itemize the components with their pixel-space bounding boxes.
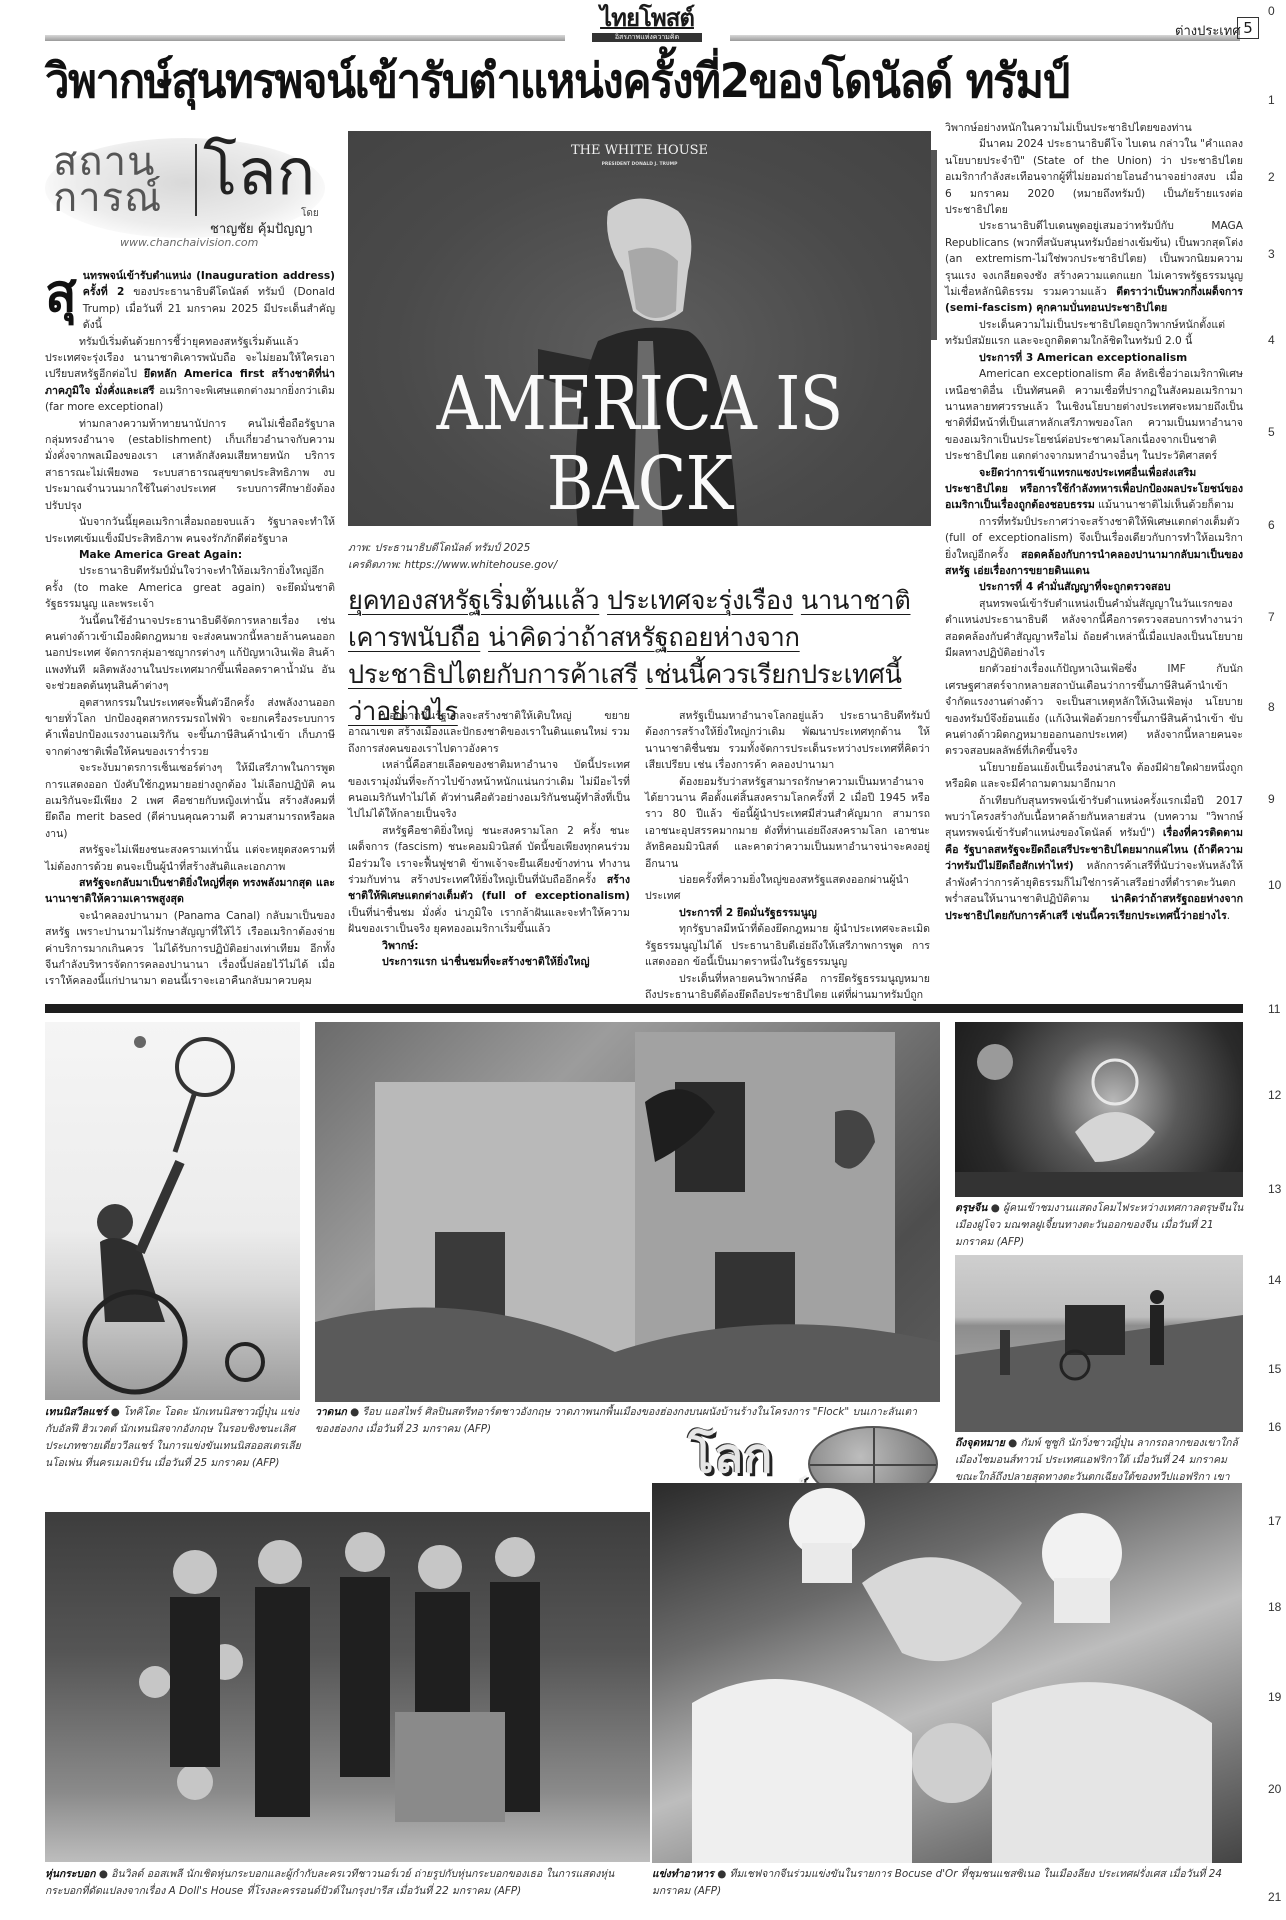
article-paragraph: จะยึดว่าการเข้าแทรกแซงประเทศอื่นเพื่อส่ง…: [945, 465, 1243, 514]
text: แม้นานาชาติไม่เห็นด้วยก็ตาม: [1095, 499, 1234, 511]
section-divider: [45, 1004, 1243, 1013]
ruler-mark: 1: [1268, 93, 1275, 107]
bullet-icon: ●: [99, 1868, 108, 1880]
ruler-mark: 17: [1268, 1514, 1281, 1528]
abandoned-house-icon: [315, 1022, 940, 1402]
article-lead: นทรพจน์เข้ารับตำแหน่ง (Inauguration addr…: [45, 268, 335, 334]
article-paragraph: ถ้าเทียบกับสุนทรพจน์เข้ารับตำแหน่งครั้งแ…: [945, 793, 1243, 924]
section-label: ต่างประเทศ: [1175, 20, 1241, 41]
ruler-mark: 12: [1268, 1088, 1281, 1102]
article-paragraph: ต้องยอมรับว่าสหรัฐสามารถรักษาความเป็นมหา…: [645, 774, 930, 872]
article-paragraph: จะระงับมาตรการเซ็นเซอร์ต่างๆ ให้มีเสรีภา…: [45, 760, 335, 842]
text: เป็นที่น่าชื่นชม มั่งคั่ง น่าภูมิใจ เราก…: [348, 907, 630, 935]
column-logo: สถาน การณ์ โลก โดย ชาญชัย คุ้มปัญญา www.…: [45, 130, 335, 260]
article-paragraph: นอกจากนั้นรัฐบาลจะสร้างชาติให้เติบใหญ่ ข…: [348, 708, 630, 757]
logo-text: ไทยโพสต์: [566, 4, 728, 32]
article-column-3: สหรัฐเป็นมหาอำนาจโลกอยู่แล้ว ประธานาธิบด…: [645, 708, 930, 1003]
subhead-phrase: ยุคทองสหรัฐเริ่มต้นแล้ว: [348, 586, 599, 616]
ruler-mark: 13: [1268, 1182, 1281, 1196]
article-paragraph: นโยบายย้อนแย้งเป็นเรื่องน่าสนใจ ต้องมีฝ่…: [945, 760, 1243, 793]
ruler-mark: 10: [1268, 878, 1281, 892]
article-paragraph: American exceptionalism คือ ลัทธิเชื่อว่…: [945, 366, 1243, 464]
column-logo-right: โลก: [203, 138, 315, 208]
photo-bird-mural: [315, 1022, 940, 1402]
photo-wheelchair-tennis: [45, 1022, 300, 1400]
article-paragraph: ประธานาธิบดีทรัมป์มั่นใจว่าจะทำให้อเมริก…: [45, 563, 335, 612]
bullet-icon: ●: [111, 1406, 120, 1418]
tennis-player-icon: [45, 1022, 300, 1400]
ruler-mark: 21: [1268, 1890, 1281, 1904]
article-paragraph: ท่ามกลางความท้าทายนานัปการ คนไม่เชื่อถือ…: [45, 416, 335, 514]
article-paragraph: วิพากษ์อย่างหนักในความไม่เป็นประชาธิปไตย…: [945, 120, 1243, 136]
article-paragraph: วันนี้ตนใช้อำนาจประธานาธิบดีจัดการหลายเร…: [45, 613, 335, 695]
bullet-icon: ●: [350, 1406, 359, 1418]
masthead-rule-right: [730, 35, 1240, 41]
article-paragraph: ประเด็นที่หลายคนวิพากษ์คือ การยึดรัฐธรรม…: [645, 971, 930, 1004]
photo-wh-title: THE WHITE HOUSE: [348, 143, 931, 158]
article-paragraph: จะนำคลองปานามา (Panama Canal) กลับมาเป็น…: [45, 908, 335, 990]
caption-title: วาดนก: [315, 1406, 347, 1418]
photo-caption-lantern: ตรุษจีน ● ผู้คนเข้าชมงานแสดงโคมไฟระหว่าง…: [955, 1200, 1245, 1251]
column-logo-divider: [195, 144, 197, 216]
main-photo-trump: THE WHITE HOUSE PRESIDENT DONALD J. TRUM…: [348, 131, 931, 526]
article-paragraph: ทุกรัฐบาลมีหน้าที่ต้องยึดกฎหมาย ผู้นำประ…: [645, 921, 930, 970]
photo-puppet-show: [45, 1512, 650, 1862]
article-paragraph: ประเด็นความไม่เป็นประชาธิปไตยถูกวิพากษ์ห…: [945, 317, 1243, 350]
article-paragraph: เหล่านี้คือสายเลือดของชาติมหาอำนาจ บัดนี…: [348, 757, 630, 823]
subhead-phrase: ประเทศจะรุ่งเรือง: [607, 586, 793, 616]
article-subheading: วิพากษ์:: [348, 938, 630, 954]
article-paragraph: สหรัฐจะไม่เพียงชนะสงครามเท่านั้น แต่จะหย…: [45, 842, 335, 875]
article-paragraph: อุตสาหกรรมในประเทศจะฟื้นตัวอีกครั้ง ส่งพ…: [45, 695, 335, 761]
article-paragraph: ยกตัวอย่างเรื่องแก้ปัญหาเงินเฟ้อซึ่ง IMF…: [945, 661, 1243, 759]
logo-tagline: อิสรภาพแห่งความคิด: [592, 33, 702, 42]
ruler-mark: 16: [1268, 1420, 1281, 1434]
ruler-mark: 15: [1268, 1362, 1281, 1376]
article-paragraph: ประธานาธิบดีไบเดนพูดอยู่เสมอว่าทรัมป์กับ…: [945, 218, 1243, 316]
photo-caption-puppet: หุ่นกระบอก ● อินวิลด์ ออสเพลี นักเชิดหุ่…: [45, 1866, 645, 1900]
photo-caption-chef: แข่งทำอาหาร ● ทีมเชฟจากจีนร่วมแข่งขันในร…: [652, 1866, 1242, 1900]
photo-runner-cart: [955, 1255, 1243, 1432]
america-is-back-text: AMERICA IS BACK: [389, 364, 890, 524]
column-logo-left: สถาน การณ์: [53, 144, 162, 216]
puppet-group-icon: [45, 1512, 650, 1862]
text: .: [1227, 910, 1230, 922]
column-url: www.chanchaivision.com: [120, 236, 258, 249]
ruler-mark: 7: [1268, 610, 1275, 624]
page-headline: วิพากษ์สุนทรพจน์เข้ารับตำแหน่งครั้งที่2ข…: [45, 52, 1161, 112]
ruler-mark: 14: [1268, 1273, 1281, 1287]
bullet-icon: ●: [1008, 1437, 1017, 1449]
article-paragraph: สหรัฐคือชาติยิ่งใหญ่ ชนะสงครามโลก 2 ครั้…: [348, 823, 630, 938]
lantern-display-icon: [955, 1022, 1243, 1197]
caption-title: เทนนิสวีลแชร์: [45, 1406, 107, 1418]
article-column-1: สุ นทรพจน์เข้ารับตำแหน่ง (Inauguration a…: [45, 268, 335, 990]
caption-title: ถึงจุดหมาย: [955, 1437, 1005, 1449]
article-subheading: ประการที่ 2 ยึดมั่นรัฐธรรมนูญ: [645, 905, 930, 921]
photo-credit-line-2: เครดิตภาพ: https://www.whitehouse.gov/: [348, 557, 557, 574]
article-paragraph: บ่อยครั้งที่ความยิ่งใหญ่ของสหรัฐแสดงออกผ…: [645, 872, 930, 905]
article-paragraph: สุนทรพจน์เข้ารับตำแหน่งเป็นคำมั่นสัญญาใน…: [945, 596, 1243, 662]
article-column-4: วิพากษ์อย่างหนักในความไม่เป็นประชาธิปไตย…: [945, 120, 1243, 924]
article-subheading: Make America Great Again:: [45, 547, 335, 563]
chef-sculpture-icon: [652, 1483, 1242, 1863]
ruler-mark: 20: [1268, 1782, 1281, 1796]
caption-title: ตรุษจีน: [955, 1202, 987, 1214]
article-paragraph: ทรัมป์เริ่มต้นด้วยการชี้ว่ายุคทองสหรัฐเร…: [45, 334, 335, 416]
article-bold-paragraph: สหรัฐจะกลับมาเป็นชาติยิ่งใหญ่ที่สุด ทรงพ…: [45, 875, 335, 908]
photo-caption-tennis: เทนนิสวีลแชร์ ● โทคิโตะ โอดะ นักเทนนิสชา…: [45, 1404, 303, 1472]
article-paragraph: มีนาคม 2024 ประธานาธิบดีโจ ไบเดน กล่าวใน…: [945, 136, 1243, 218]
ruler-mark: 5: [1268, 425, 1275, 439]
ruler-mark: 18: [1268, 1600, 1281, 1614]
ruler-mark: 6: [1268, 518, 1275, 532]
article-column-2: นอกจากนั้นรัฐบาลจะสร้างชาติให้เติบใหญ่ ข…: [348, 708, 630, 971]
runner-cart-icon: [955, 1255, 1243, 1432]
photo-lantern-festival: [955, 1022, 1243, 1197]
bullet-icon: ●: [717, 1868, 726, 1880]
ruler-mark: 2: [1268, 170, 1275, 184]
article-paragraph: สหรัฐเป็นมหาอำนาจโลกอยู่แล้ว ประธานาธิบด…: [645, 708, 930, 774]
photo-credit: ภาพ: ประธานาธิบดีโดนัลด์ ทรัมป์ 2025 เคร…: [348, 540, 557, 574]
article-subheading: ประการที่ 4 คำมั่นสัญญาที่จะถูกตรวจสอบ: [945, 579, 1243, 595]
article-paragraph: นับจากวันนี้ยุคอเมริกาเสื่อมถอยจบแล้ว รั…: [45, 514, 335, 547]
ruler-mark: 8: [1268, 700, 1275, 714]
caption-text: อินวิลด์ ออสเพลี นักเชิดหุ่นกระบอกและผู้…: [45, 1868, 614, 1897]
article-subheading: ประการแรก น่าชื่นชมที่จะสร้างชาติให้ยิ่ง…: [348, 954, 630, 970]
photo-wh-subtitle: PRESIDENT DONALD J. TRUMP: [348, 162, 931, 167]
ruler-mark: 19: [1268, 1690, 1281, 1704]
ruler-mark: 4: [1268, 333, 1275, 347]
ruler-mark: 3: [1268, 247, 1275, 261]
photo-chef-competition: [652, 1483, 1242, 1863]
bullet-icon: ●: [991, 1202, 1000, 1214]
photo-credit-line-1: ภาพ: ประธานาธิบดีโดนัลด์ ทรัมป์ 2025: [348, 540, 557, 557]
masthead-rule-left: [45, 35, 565, 41]
page-number: 5: [1237, 17, 1259, 39]
article-paragraph: การที่ทรัมป์ประกาศว่าจะสร้างชาติให้พิเศษ…: [945, 514, 1243, 580]
article-subheading: ประการที่ 3 American exceptionalism: [945, 350, 1243, 366]
caption-title: หุ่นกระบอก: [45, 1868, 96, 1880]
dropcap: สุ: [45, 270, 77, 318]
caption-title: แข่งทำอาหาร: [652, 1868, 714, 1880]
column-logo-word-2: การณ์: [53, 180, 162, 216]
text: สหรัฐคือชาติยิ่งใหญ่ ชนะสงครามโลก 2 ครั้…: [348, 825, 630, 886]
ruler-mark: 9: [1268, 792, 1275, 806]
newspaper-logo: ไทยโพสต์ อิสรภาพแห่งความคิด: [566, 4, 728, 42]
caption-text: ทีมเชฟจากจีนร่วมแข่งขันในรายการ Bocuse d…: [652, 1868, 1222, 1897]
ruler-mark: 11: [1268, 1002, 1280, 1016]
column-rule: [931, 150, 937, 340]
ruler-mark: 0: [1268, 4, 1275, 18]
